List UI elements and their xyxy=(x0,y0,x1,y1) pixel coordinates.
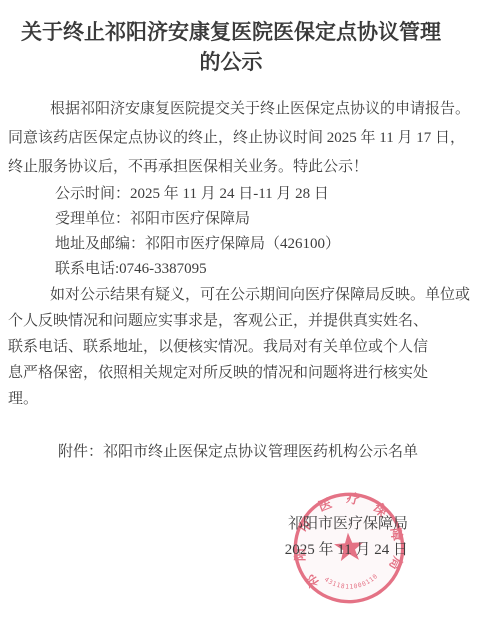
paragraph-feedback-line: 理。 xyxy=(8,386,454,412)
info-publicity-period: 公示时间：2025 年 11 月 24 日-11 月 28 日 xyxy=(8,182,454,207)
notice-document: 关于终止祁阳济安康复医院医保定点协议管理的公示 根据祁阳济安康复医院提交关于终止… xyxy=(0,0,478,628)
notice-title: 关于终止祁阳济安康复医院医保定点协议管理的公示 xyxy=(8,18,454,78)
signature-block: 祁阳市医疗保障局 2025 年 11 月 24 日 xyxy=(8,511,454,563)
info-block: 公示时间：2025 年 11 月 24 日-11 月 28 日 受理单位：祁阳市… xyxy=(8,182,454,282)
info-contact-phone: 联系电话:0746-3387095 xyxy=(8,257,454,282)
paragraph-intro-line: 根据祁阳济安康复医院提交关于终止医保定点协议的申请报告。 xyxy=(8,95,454,124)
paragraph-feedback-line: 个人反映情况和问题应实事求是，客观公正，并提供真实姓名、 xyxy=(8,308,454,334)
paragraph-intro-line: 终止服务协议后，不再承担医保相关业务。特此公示！ xyxy=(8,153,454,182)
paragraph-feedback: 如对公示结果有疑义，可在公示期间向医疗保障局反映。单位或 个人反映情况和问题应实… xyxy=(8,282,454,412)
paragraph-feedback-line: 如对公示结果有疑义，可在公示期间向医疗保障局反映。单位或 xyxy=(8,282,454,308)
notice-title-line2: 的公示 xyxy=(200,51,263,74)
paragraph-intro: 根据祁阳济安康复医院提交关于终止医保定点协议的申请报告。 同意该药店医保定点协议… xyxy=(8,95,454,182)
attachment-line: 附件：祁阳市终止医保定点协议管理医药机构公示名单 xyxy=(8,440,454,465)
paragraph-intro-line: 同意该药店医保定点协议的终止，终止协议时间 2025 年 11 月 17 日， xyxy=(8,124,454,153)
signature-date: 2025 年 11 月 24 日 xyxy=(8,537,408,563)
paragraph-feedback-line: 联系电话、联系地址，以便核实情况。我局对有关单位或个人信 xyxy=(8,334,454,360)
signature-org: 祁阳市医疗保障局 xyxy=(8,511,408,537)
info-address-postcode: 地址及邮编：祁阳市医疗保障局（426100） xyxy=(8,232,454,257)
paragraph-feedback-line: 息严格保密，依照相关规定对所反映的情况和问题将进行核实处 xyxy=(8,360,454,386)
info-accepting-unit: 受理单位：祁阳市医疗保障局 xyxy=(8,207,454,232)
notice-title-line1: 关于终止祁阳济安康复医院医保定点协议管理 xyxy=(21,21,441,44)
